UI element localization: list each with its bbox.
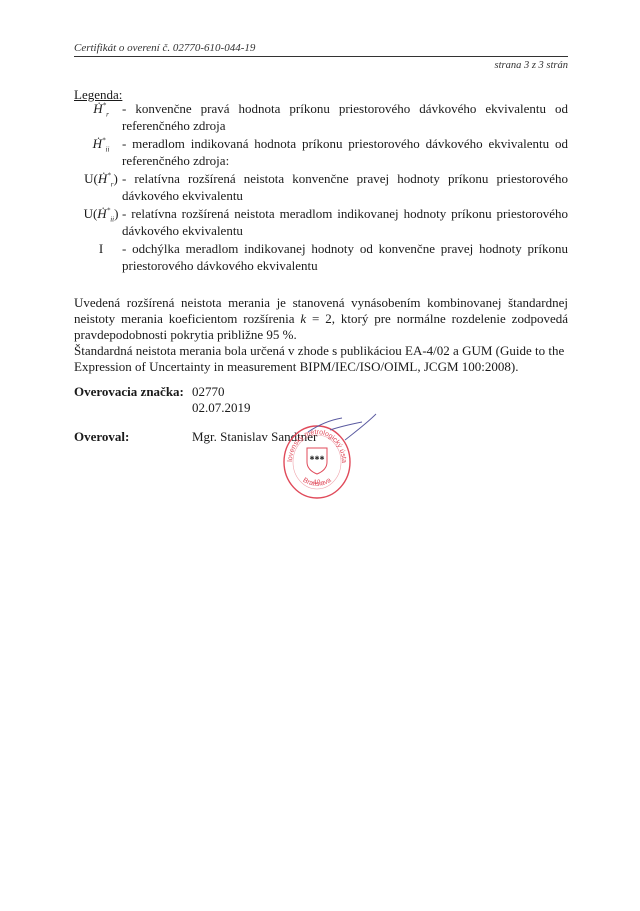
standard-uncertainty-paragraph: Štandardná neistota merania bola určená … [74, 343, 568, 375]
legend-description: - konvenčne pravá hodnota príkonu priest… [120, 100, 568, 134]
legend-description: - relatívna rozšírená neistota konvenčne… [120, 170, 568, 204]
verification-date: 02.07.2019 [192, 400, 251, 416]
legend-description: - odchýlka meradlom indikovanej hodnoty … [120, 240, 568, 274]
signature [290, 410, 380, 470]
legend-symbol: I [82, 240, 120, 274]
verification-mark-label: Overovacia značka: [74, 384, 184, 400]
legend-list: Ḣ*r - konvenčne pravá hodnota príkonu pr… [82, 100, 568, 275]
legend-description: - relatívna rozšírená neistota meradlom … [120, 205, 568, 239]
legend-symbol: Ḣ*ii [82, 135, 120, 169]
legend-description: - meradlom indikovaná hodnota príkonu pr… [120, 135, 568, 169]
header-divider [74, 56, 568, 57]
legend-item: U(Ḣ*ii) - relatívna rozšírená neistota m… [82, 205, 568, 239]
legend-symbol: U(Ḣ*r) [82, 170, 120, 204]
legend-symbol: Ḣ*r [82, 100, 120, 134]
legend-item: I - odchýlka meradlom indikovanej hodnot… [82, 240, 568, 274]
uncertainty-paragraph: Uvedená rozšírená neistota merania je st… [74, 295, 568, 343]
verified-by-label: Overoval: [74, 429, 129, 445]
legend-item: Ḣ*ii - meradlom indikovaná hodnota príko… [82, 135, 568, 169]
page-indicator: strana 3 z 3 strán [494, 60, 568, 71]
svg-text:-10-: -10- [312, 480, 323, 486]
legend-symbol: U(Ḣ*ii) [82, 205, 120, 239]
legend-item: Ḣ*r - konvenčne pravá hodnota príkonu pr… [82, 100, 568, 134]
certificate-title: Certifikát o overení č. 02770-610-044-19 [74, 42, 255, 54]
verification-mark-value: 02770 [192, 384, 225, 400]
legend-item: U(Ḣ*r) - relatívna rozšírená neistota ko… [82, 170, 568, 204]
